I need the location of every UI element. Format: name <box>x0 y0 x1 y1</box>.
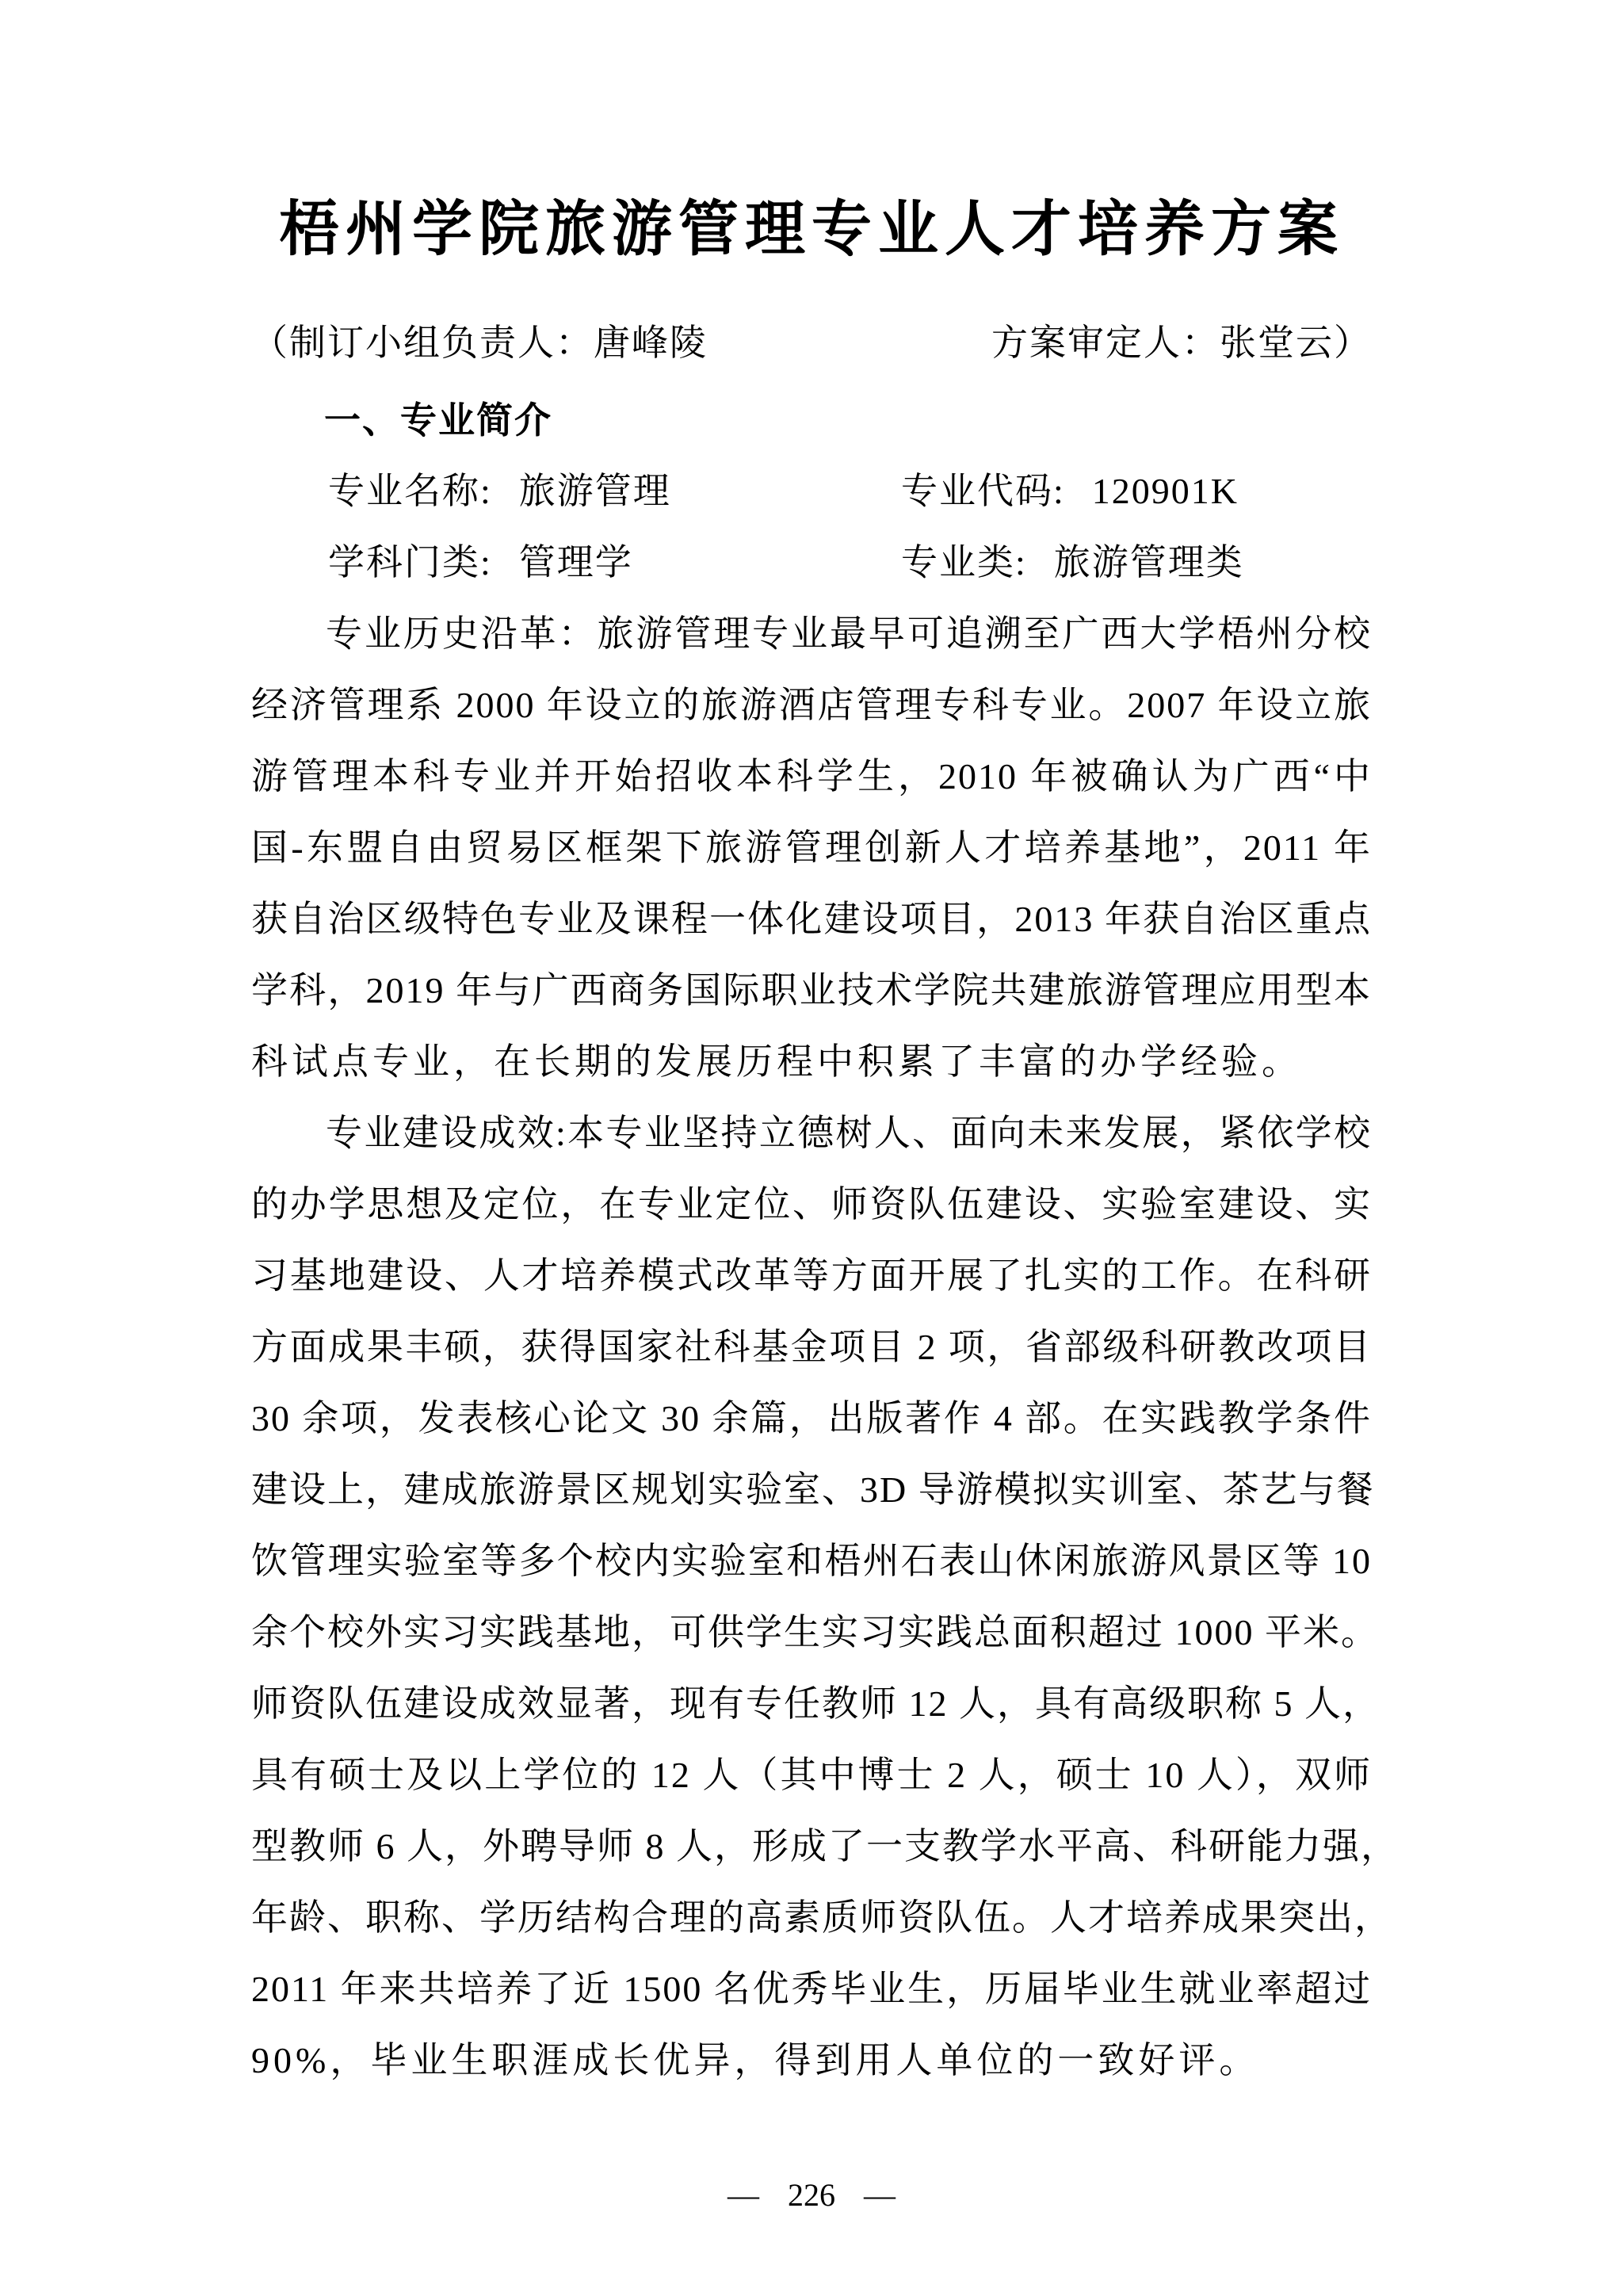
paragraph-line: 获自治区级特色专业及课程一体化建设项目，2013 年获自治区重点 <box>251 884 1372 955</box>
info-pair-right: 专业类:旅游管理类 <box>901 527 1244 598</box>
paragraph-line: 具有硕士及以上学位的 12 人（其中博士 2 人，硕士 10 人），双师 <box>251 1740 1372 1811</box>
document-page: 梧州学院旅游管理专业人才培养方案 （制订小组负责人：唐峰陵 方案审定人：张堂云）… <box>0 0 1623 2296</box>
paragraph-line: 科试点专业，在长期的发展历程中积累了丰富的办学经验。 <box>251 1026 1372 1098</box>
paragraph-line: 游管理本科专业并开始招收本科学生，2010 年被确认为广西“中 <box>251 741 1372 812</box>
paragraph-line: 师资队伍建设成效显著，现有专任教师 12 人，具有高级职称 5 人， <box>251 1668 1372 1740</box>
paragraph-line: 建设上，建成旅游景区规划实验室、3D 导游模拟实训室、茶艺与餐 <box>251 1454 1372 1526</box>
paragraph-line: 型教师 6 人，外聘导师 8 人，形成了一支教学水平高、科研能力强， <box>251 1811 1372 1882</box>
info-value: 旅游管理 <box>519 471 671 511</box>
info-value: 管理学 <box>519 542 633 583</box>
info-value: 120901K <box>1092 471 1239 511</box>
byline: （制订小组负责人：唐峰陵 方案审定人：张堂云） <box>251 321 1372 365</box>
paragraph-line: 专业建设成效:本专业坚持立德树人、面向未来发展，紧依学校 <box>251 1098 1372 1169</box>
page-number: — 226 — <box>0 2173 1623 2218</box>
info-row: 专业名称:旅游管理 专业代码:120901K <box>251 456 1372 527</box>
info-label: 专业名称: <box>328 471 492 511</box>
paragraph-line: 经济管理系 2000 年设立的旅游酒店管理专科专业。2007 年设立旅 <box>251 670 1372 741</box>
paragraph: 专业历史沿革：旅游管理专业最早可追溯至广西大学梧州分校 经济管理系 2000 年… <box>251 598 1372 1098</box>
paragraph-line: 余个校外实习实践基地，可供学生实习实践总面积超过 1000 平米。 <box>251 1597 1372 1668</box>
paragraph-line: 2011 年来共培养了近 1500 名优秀毕业生，历届毕业生就业率超过 <box>251 1954 1372 2025</box>
paragraph-line: 的办学思想及定位，在专业定位、师资队伍建设、实验室建设、实 <box>251 1169 1372 1240</box>
info-label: 专业类: <box>901 542 1027 583</box>
paragraph-line: 30 余项，发表核心论文 30 余篇，出版著作 4 部。在实践教学条件 <box>251 1383 1372 1454</box>
paragraph-line: 国-东盟自由贸易区框架下旅游管理创新人才培养基地”，2011 年 <box>251 812 1372 884</box>
paragraph-line: 学科，2019 年与广西商务国际职业技术学院共建旅游管理应用型本 <box>251 955 1372 1026</box>
info-pair-right: 专业代码:120901K <box>901 456 1239 527</box>
info-value: 旅游管理类 <box>1054 542 1244 583</box>
paragraph-line: 习基地建设、人才培养模式改革等方面开展了扎实的工作。在科研 <box>251 1240 1372 1312</box>
paragraph: 专业建设成效:本专业坚持立德树人、面向未来发展，紧依学校 的办学思想及定位，在专… <box>251 1098 1372 2096</box>
info-row: 学科门类:管理学 专业类:旅游管理类 <box>251 527 1372 598</box>
paragraph-line: 饮管理实验室等多个校内实验室和梧州石表山休闲旅游风景区等 10 <box>251 1526 1372 1597</box>
document-body: 一、专业简介 专业名称:旅游管理 专业代码:120901K 学科门类:管理学 专… <box>251 384 1372 2096</box>
page-title: 梧州学院旅游管理专业人才培养方案 <box>0 197 1623 263</box>
info-label: 专业代码: <box>901 471 1065 511</box>
paragraph-line: 90%，毕业生职涯成长优异，得到用人单位的一致好评。 <box>251 2025 1372 2096</box>
byline-right: 方案审定人：张堂云） <box>991 321 1372 365</box>
paragraph-line: 专业历史沿革：旅游管理专业最早可追溯至广西大学梧州分校 <box>251 598 1372 670</box>
section-heading: 一、专业简介 <box>251 384 1372 456</box>
paragraph-line: 方面成果丰硕，获得国家社科基金项目 2 项，省部级科研教改项目 <box>251 1312 1372 1383</box>
byline-left: （制订小组负责人：唐峰陵 <box>251 321 708 365</box>
info-label: 学科门类: <box>328 542 492 583</box>
paragraph-line: 年龄、职称、学历结构合理的高素质师资队伍。人才培养成果突出， <box>251 1882 1372 1954</box>
